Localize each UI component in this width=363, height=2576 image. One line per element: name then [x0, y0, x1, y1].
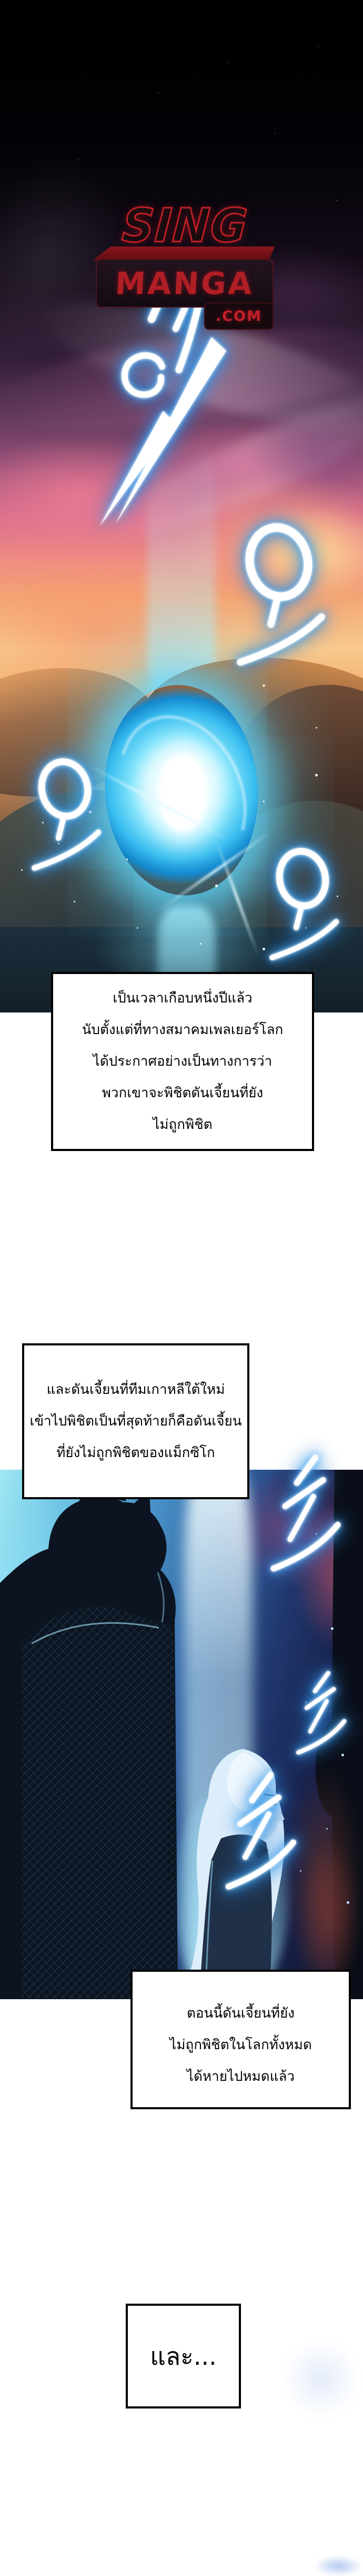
man-silhouette [0, 1476, 178, 1999]
narration-line: และดันเจี้ยนที่ทีมเกาหลีใต้ใหม่ [47, 1374, 225, 1405]
narration-line: นับตั้งแต่ที่ทางสมาคมเพลเยอร์โลก [82, 1014, 284, 1046]
sfx-o-icon [263, 840, 342, 965]
narration-box-1: เป็นเวลาเกือบหนึ่งปีแล้ว นับตั้งแต่ที่ทา… [51, 972, 314, 1151]
narration-line: ไม่ถูกพิชิตในโลกทั้งหมด [169, 2029, 311, 2061]
star [228, 62, 229, 63]
star [275, 133, 276, 134]
narration-line: ได้หายไปหมดแล้ว [187, 2061, 295, 2092]
site-logo-sing: SING [94, 200, 277, 251]
sfx-o-icon [25, 751, 104, 876]
narration-line: ตอนนี้ดันเจี้ยนที่ยัง [187, 1998, 295, 2029]
manga-page: SING MANGA .COM [0, 0, 363, 2576]
star [318, 46, 319, 47]
site-logo[interactable]: SING MANGA .COM [93, 201, 277, 333]
faint-glow [281, 2339, 360, 2418]
sfx-cheu-icon [266, 1452, 345, 1578]
portal-core [158, 753, 208, 832]
star [337, 200, 338, 201]
narration-box-2: และดันเจี้ยนที่ทีมเกาหลีใต้ใหม่ เข้าไปพิ… [22, 1343, 249, 1499]
narration-line: เป็นเวลาเกือบหนึ่งปีแล้ว [113, 982, 252, 1014]
narration-line: ได้ประกาศอย่างเป็นทางการว่า [93, 1046, 273, 1077]
corner-wisp [314, 2556, 363, 2576]
star [78, 159, 79, 160]
site-logo-com: .COM [216, 308, 262, 325]
narration-line: พวกเขาจะพิชิตดันเจี้ยนที่ยัง [102, 1077, 263, 1109]
sfx-cheu-icon [295, 1669, 347, 1759]
narration-box-4: และ... [126, 2304, 241, 2408]
site-logo-com-box: .COM [204, 302, 274, 330]
star [158, 92, 159, 93]
sfx-cheu-icon [224, 1769, 297, 1896]
site-logo-manga-box: MANGA [96, 259, 274, 308]
narration-line: ที่ยังไม่ถูกพิชิตของแม็กซิโก [56, 1437, 215, 1469]
site-logo-base-bar [93, 247, 275, 260]
narration-line: ไม่ถูกพิชิต [153, 1109, 212, 1140]
narration-line: และ... [150, 2341, 216, 2372]
narration-box-3: ตอนนี้ดันเจี้ยนที่ยัง ไม่ถูกพิชิตในโลกทั… [130, 1970, 351, 2109]
sfx-o-icon [229, 514, 329, 672]
narration-line: เข้าไปพิชิตเป็นที่สุดท้ายก็คือดันเจี้ยน [29, 1405, 241, 1437]
site-logo-manga: MANGA [114, 266, 255, 301]
